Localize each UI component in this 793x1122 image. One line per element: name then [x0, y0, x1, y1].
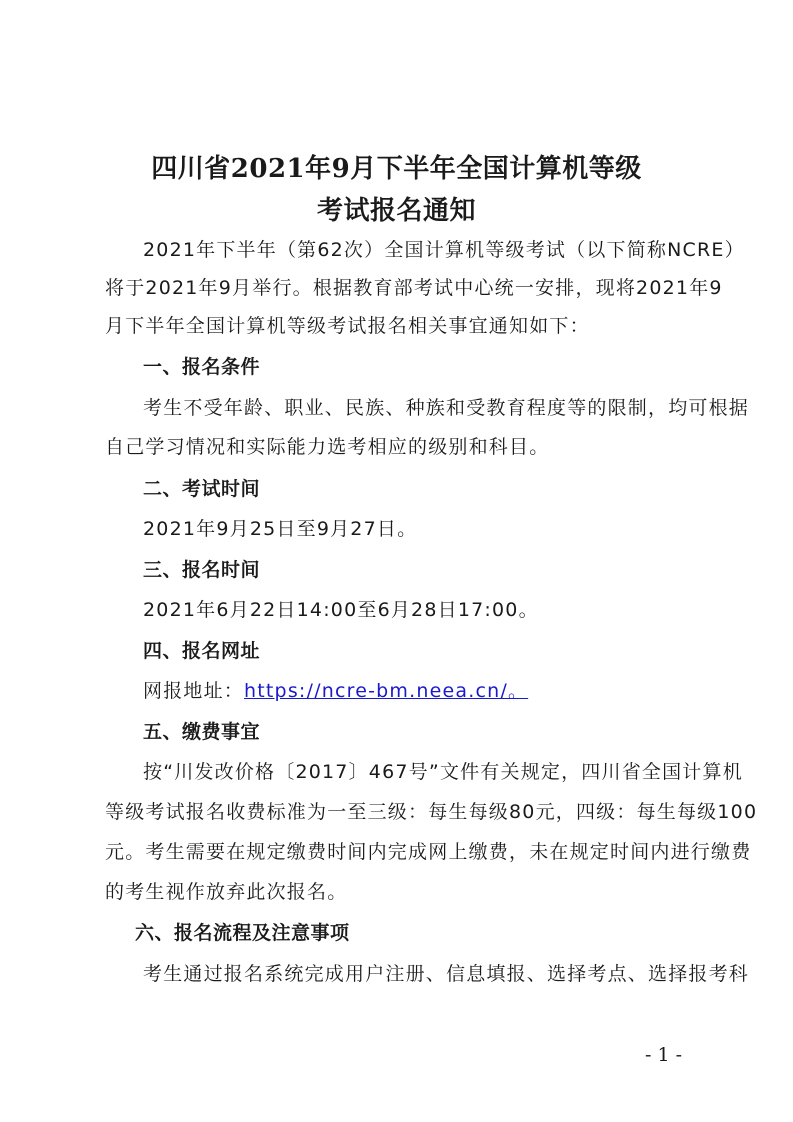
exam-time-text: 2021年9月25日至9月27日。: [143, 514, 695, 541]
document-title-line-1: 四川省2021年9月下半年全国计算机等级: [0, 148, 793, 185]
registration-url-label: 网报地址：: [143, 680, 244, 702]
registration-url-link[interactable]: https://ncre-bm.neea.cn/。: [244, 680, 528, 702]
section-heading-exam-time: 二、考试时间: [143, 474, 695, 501]
payment-text-line-1: 按“川发改价格〔2017〕467号”文件有关规定，四川省全国计算机: [143, 757, 695, 784]
document-title-line-2: 考试报名通知: [0, 190, 793, 227]
registration-time-text: 2021年6月22日14:00至6月28日17:00。: [143, 595, 695, 622]
intro-paragraph-line-3: 月下半年全国计算机等级考试报名相关事宜通知如下：: [105, 311, 695, 338]
payment-text-line-2: 等级考试报名收费标准为一至三级：每生每级80元，四级：每生每级100: [105, 797, 695, 824]
section-heading-payment: 五、缴费事宜: [143, 717, 695, 744]
section-heading-registration-url: 四、报名网址: [143, 636, 695, 663]
eligibility-text-line-2: 自己学习情况和实际能力选考相应的级别和科目。: [105, 432, 695, 459]
payment-text-line-3: 元。考生需要在规定缴费时间内完成网上缴费，未在规定时间内进行缴费: [105, 837, 695, 864]
registration-url-line: 网报地址：https://ncre-bm.neea.cn/。: [143, 676, 695, 703]
process-text-line-1: 考生通过报名系统完成用户注册、信息填报、选择考点、选择报考科: [143, 959, 695, 986]
intro-paragraph-line-2: 将于2021年9月举行。根据教育部考试中心统一安排，现将2021年9: [105, 273, 695, 300]
section-heading-eligibility: 一、报名条件: [143, 352, 695, 379]
section-heading-registration-time: 三、报名时间: [143, 555, 695, 582]
page-number: - 1 -: [645, 1044, 682, 1066]
intro-paragraph-line-1: 2021年下半年（第62次）全国计算机等级考试（以下简称NCRE）: [143, 235, 695, 262]
section-heading-process: 六、报名流程及注意事项: [135, 918, 725, 945]
payment-text-line-4: 的考生视作放弃此次报名。: [105, 877, 695, 904]
eligibility-text-line-1: 考生不受年龄、职业、民族、种族和受教育程度等的限制，均可根据: [143, 393, 695, 420]
